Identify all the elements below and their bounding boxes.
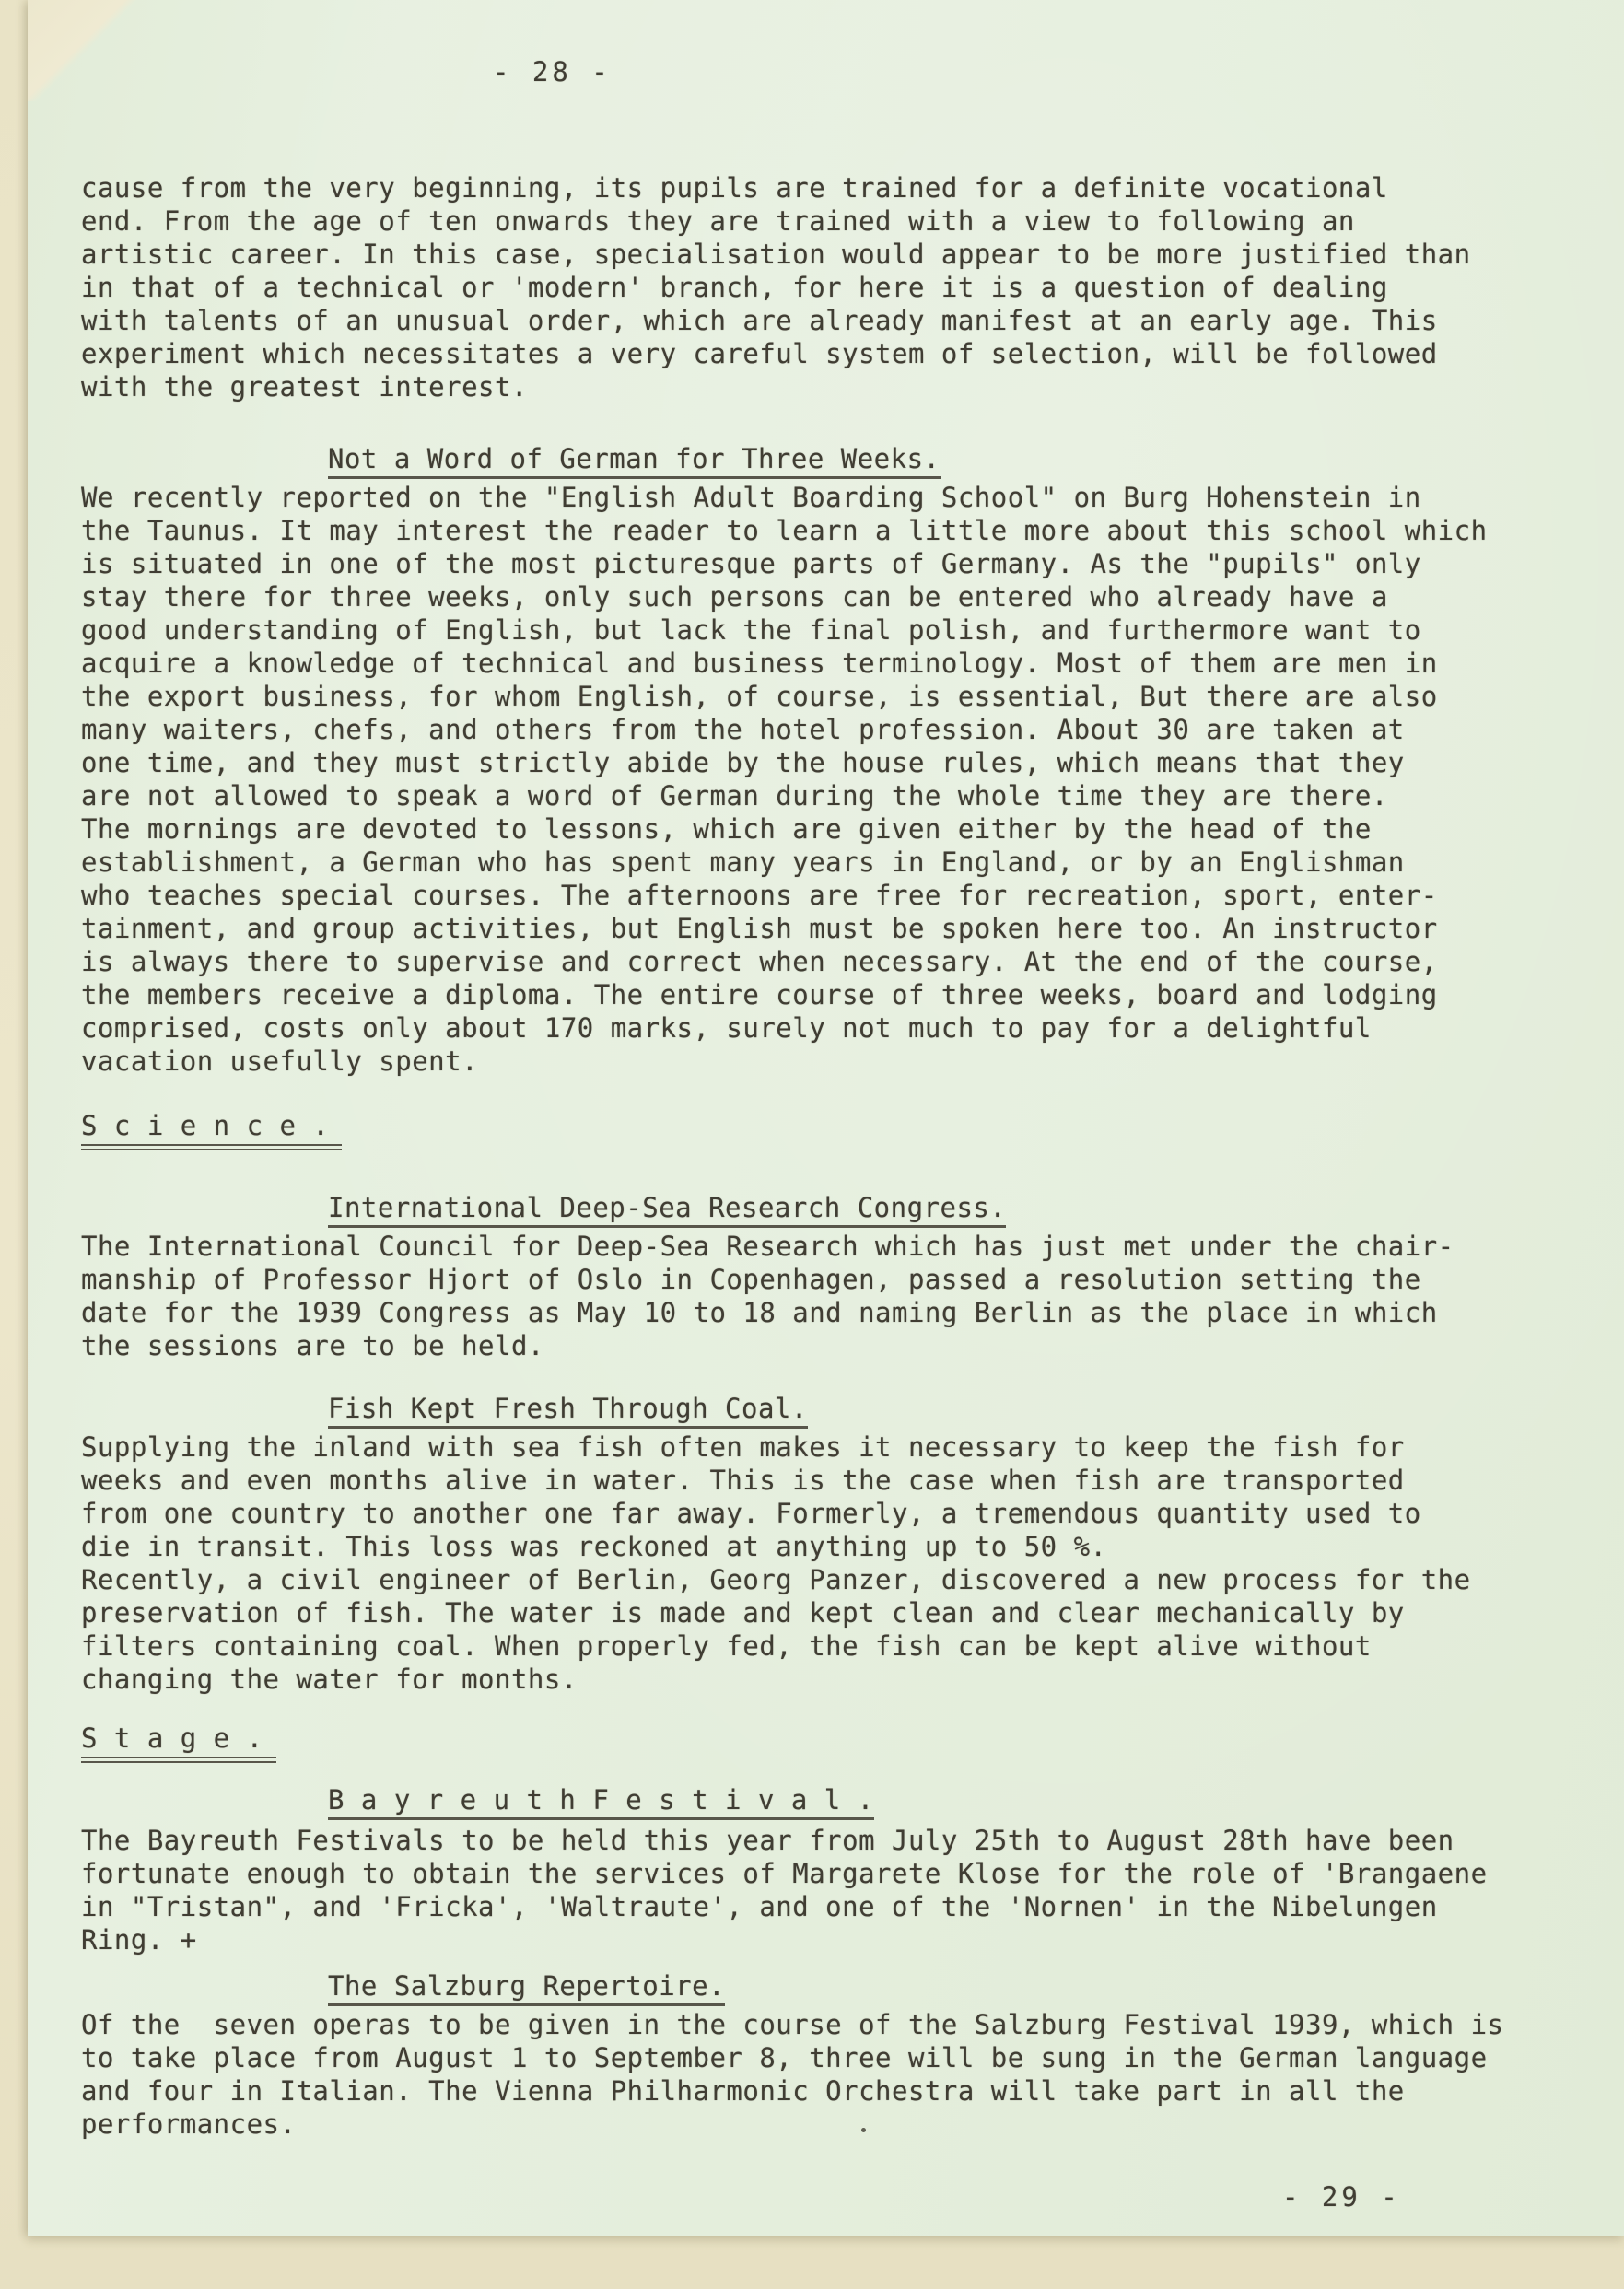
paragraph-fish-coal: Supplying the inland with sea fish often…: [81, 1431, 1624, 1696]
paragraph-salzburg: Of the seven operas to be given in the c…: [81, 2008, 1624, 2141]
heading-row-german: Not a Word of German for Three Weeks.: [81, 442, 1624, 479]
heading-bayreuth-festival: B a y r e u t h F e s t i v a l .: [328, 1783, 874, 1820]
heading-row-bayreuth: B a y r e u t h F e s t i v a l .: [81, 1783, 1624, 1820]
page-content: - 28 - cause from the very beginning, it…: [81, 0, 1624, 2141]
paragraph-deep-sea-congress: The International Council for Deep-Sea R…: [81, 1230, 1624, 1362]
heading-not-a-word-of-german: Not a Word of German for Three Weeks.: [328, 442, 941, 479]
page-number-bottom: - 29 -: [1282, 2181, 1401, 2213]
page-number-top: - 28 -: [493, 55, 1624, 88]
paragraph-german-school: We recently reported on the "English Adu…: [81, 481, 1624, 1078]
scanned-page: - 28 - cause from the very beginning, it…: [28, 0, 1624, 2236]
heading-fish-kept-fresh: Fish Kept Fresh Through Coal.: [328, 1392, 808, 1429]
section-row-stage: S t a g e .: [81, 1722, 1624, 1763]
section-row-science: S c i e n c e .: [81, 1109, 1624, 1150]
heading-row-congress: International Deep-Sea Research Congress…: [81, 1191, 1624, 1228]
section-title-stage: S t a g e .: [81, 1722, 276, 1763]
paragraph-bayreuth: The Bayreuth Festivals to be held this y…: [81, 1824, 1624, 1956]
heading-salzburg-repertoire: The Salzburg Repertoire.: [328, 1969, 725, 2006]
heading-deep-sea-congress: International Deep-Sea Research Congress…: [328, 1191, 1006, 1228]
stray-ink-dot: [861, 2128, 866, 2132]
heading-row-salzburg: The Salzburg Repertoire.: [81, 1969, 1624, 2006]
heading-row-fish: Fish Kept Fresh Through Coal.: [81, 1392, 1624, 1429]
section-title-science: S c i e n c e .: [81, 1109, 342, 1150]
paragraph-intro: cause from the very beginning, its pupil…: [81, 171, 1624, 403]
